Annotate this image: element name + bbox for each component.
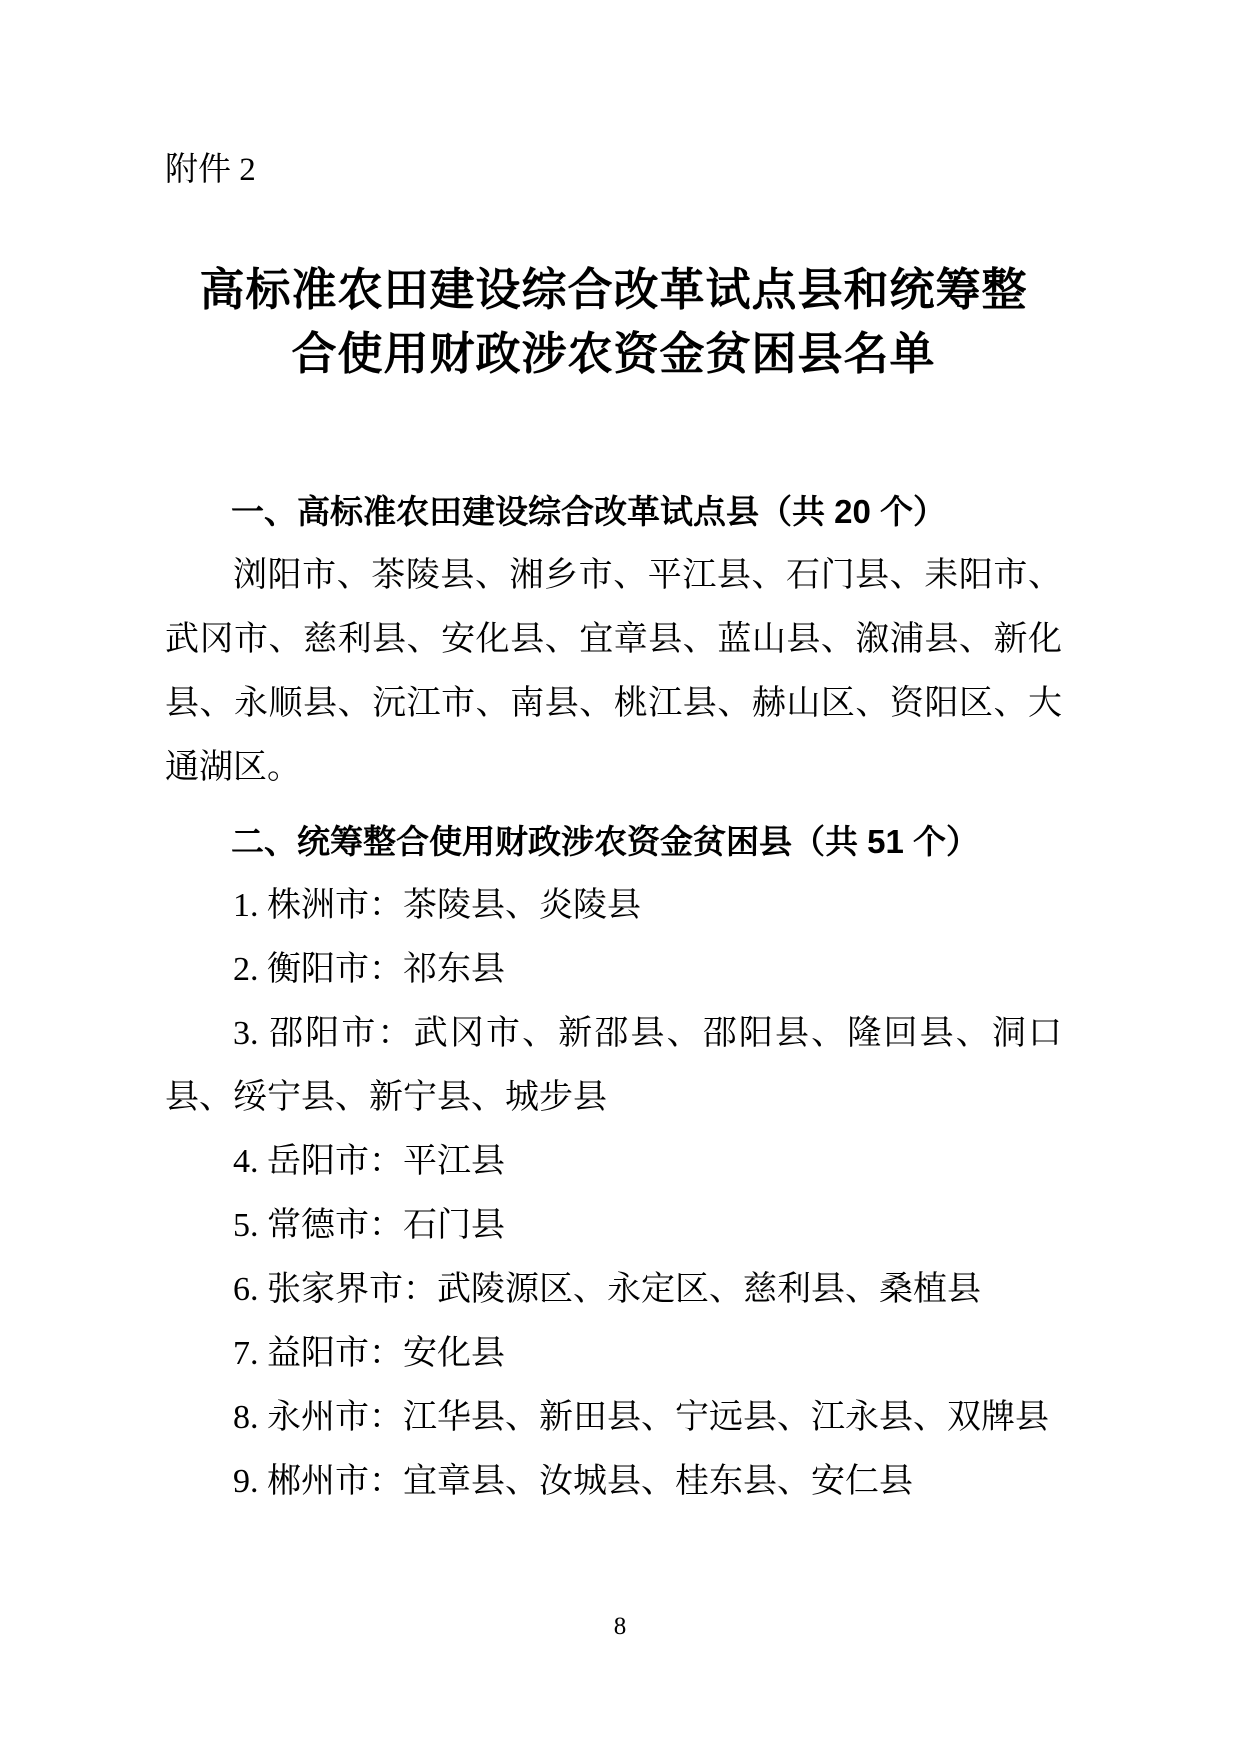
list-item-1: 1. 株洲市：茶陵县、炎陵县	[165, 874, 1062, 938]
list-item-9: 9. 郴州市：宜章县、汝城县、桂东县、安仁县	[165, 1450, 1062, 1514]
list-item-2: 2. 衡阳市：祁东县	[165, 938, 1062, 1002]
list-item-7: 7. 益阳市：安化县	[165, 1322, 1062, 1386]
section-1-county-list: 浏阳市、茶陵县、湘乡市、平江县、石门县、耒阳市、武冈市、慈利县、安化县、宜章县、…	[165, 544, 1062, 800]
document-title-line-2: 合使用财政涉农资金贫困县名单	[165, 322, 1062, 386]
section-2-heading: 二、统筹整合使用财政涉农资金贫困县（共 51 个）	[165, 810, 1062, 874]
list-item-3: 3. 邵阳市：武冈市、新邵县、邵阳县、隆回县、洞口县、绥宁县、新宁县、城步县	[165, 1002, 1062, 1130]
list-item-5: 5. 常德市：石门县	[165, 1194, 1062, 1258]
document-page: 附件 2 高标准农田建设综合改革试点县和统筹整 合使用财政涉农资金贫困县名单 一…	[0, 0, 1240, 1754]
list-item-4: 4. 岳阳市：平江县	[165, 1130, 1062, 1194]
attachment-label: 附件 2	[165, 138, 1062, 202]
document-title-line-1: 高标准农田建设综合改革试点县和统筹整	[165, 258, 1062, 322]
document-title: 高标准农田建设综合改革试点县和统筹整 合使用财政涉农资金贫困县名单	[165, 258, 1062, 386]
document-content: 附件 2 高标准农田建设综合改革试点县和统筹整 合使用财政涉农资金贫困县名单 一…	[0, 0, 1240, 1514]
list-item-6: 6. 张家界市：武陵源区、永定区、慈利县、桑植县	[165, 1258, 1062, 1322]
list-item-8: 8. 永州市：江华县、新田县、宁远县、江永县、双牌县	[165, 1386, 1062, 1450]
section-1-heading: 一、高标准农田建设综合改革试点县（共 20 个）	[165, 480, 1062, 544]
page-number: 8	[0, 1612, 1240, 1642]
